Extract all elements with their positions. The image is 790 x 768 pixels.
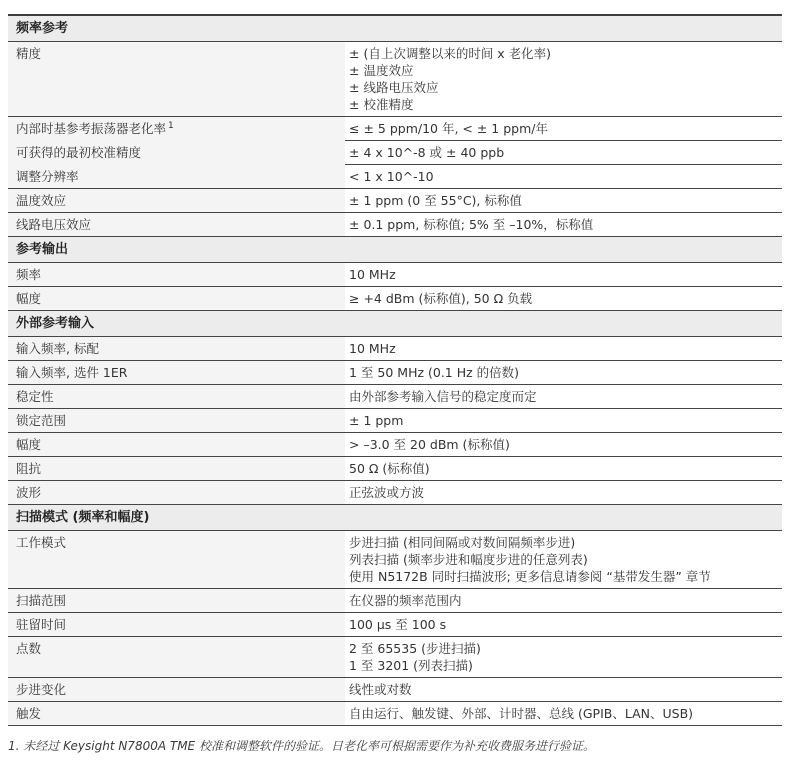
row-value: 1 至 50 MHz (0.1 Hz 的倍数)	[345, 361, 782, 384]
row-impedance: 阻抗 50 Ω (标称值)	[8, 457, 782, 481]
row-temperature-effect: 温度效应 ± 1 ppm (0 至 55°C), 标称值	[8, 189, 782, 213]
row-value: 50 Ω (标称值)	[345, 457, 782, 480]
row-label: 频率	[8, 263, 345, 286]
section-reference-output: 参考输出	[8, 237, 782, 263]
row-frequency: 频率 10 MHz	[8, 263, 782, 287]
footnote: 1. 未经过 Keysight N7800A TME 校准和调整软件的验证。日老…	[8, 738, 782, 754]
row-input-frequency-option-1er: 输入频率, 选件 1ER 1 至 50 MHz (0.1 Hz 的倍数)	[8, 361, 782, 385]
row-value: 线性或对数	[345, 678, 782, 701]
row-line-voltage-effect: 线路电压效应 ± 0.1 ppm, 标称值; 5% 至 –10%，标称值	[8, 213, 782, 237]
row-value: ≤ ± 5 ppm/10 年, < ± 1 ppm/年	[345, 117, 782, 141]
row-label: 工作模式	[8, 531, 345, 588]
row-value: ≥ +4 dBm (标称值), 50 Ω 负载	[345, 287, 782, 310]
row-value: ± 0.1 ppm, 标称值; 5% 至 –10%，标称值	[345, 213, 782, 236]
row-label: 点数	[8, 637, 345, 677]
row-value: ± 1 ppm	[345, 409, 782, 432]
row-label: 幅度	[8, 433, 345, 456]
row-value: 步进扫描 (相同间隔或对数间隔频率步进) 列表扫描 (频率步进和幅度步进的任意列…	[345, 531, 782, 588]
row-label: 输入频率, 标配	[8, 337, 345, 360]
row-value: > –3.0 至 20 dBm (标称值)	[345, 433, 782, 456]
row-value: 10 MHz	[345, 337, 782, 360]
row-label: 幅度	[8, 287, 345, 310]
footnote-ref: 1	[168, 121, 174, 131]
row-label: 调整分辨率	[8, 165, 345, 188]
spec-table: 频率参考 精度 ± (自上次调整以来的时间 x 老化率) ± 温度效应 ± 线路…	[8, 14, 782, 726]
row-amplitude-input: 幅度 > –3.0 至 20 dBm (标称值)	[8, 433, 782, 457]
row-input-frequency-standard: 输入频率, 标配 10 MHz	[8, 337, 782, 361]
row-step-variation: 步进变化 线性或对数	[8, 678, 782, 702]
row-value: ± (自上次调整以来的时间 x 老化率) ± 温度效应 ± 线路电压效应 ± 校…	[345, 42, 782, 116]
row-amplitude-output: 幅度 ≥ +4 dBm (标称值), 50 Ω 负载	[8, 287, 782, 311]
row-value: ± 1 ppm (0 至 55°C), 标称值	[345, 189, 782, 212]
row-sweep-range: 扫描范围 在仪器的频率范围内	[8, 589, 782, 613]
row-value: 由外部参考输入信号的稳定度而定	[345, 385, 782, 408]
row-aging-rate: 内部时基参考振荡器老化率1 ≤ ± 5 ppm/10 年, < ± 1 ppm/…	[8, 117, 782, 141]
row-label: 阻抗	[8, 457, 345, 480]
row-value: 2 至 65535 (步进扫描) 1 至 3201 (列表扫描)	[345, 637, 782, 677]
row-label: 输入频率, 选件 1ER	[8, 361, 345, 384]
row-waveform: 波形 正弦波或方波	[8, 481, 782, 505]
row-label: 精度	[8, 42, 345, 116]
row-adjustment-resolution: 调整分辨率 < 1 x 10^-10	[8, 165, 782, 189]
row-value: 10 MHz	[345, 263, 782, 286]
row-label: 步进变化	[8, 678, 345, 701]
row-label: 波形	[8, 481, 345, 504]
row-label: 温度效应	[8, 189, 345, 212]
section-external-reference-input: 外部参考输入	[8, 311, 782, 337]
row-label: 触发	[8, 702, 345, 725]
row-value: 在仪器的频率范围内	[345, 589, 782, 612]
row-initial-calibration-accuracy: 可获得的最初校准精度 ± 4 x 10^-8 或 ± 40 ppb	[8, 141, 782, 165]
row-value: 自由运行、触发键、外部、计时器、总线 (GPIB、LAN、USB)	[345, 702, 782, 725]
row-accuracy: 精度 ± (自上次调整以来的时间 x 老化率) ± 温度效应 ± 线路电压效应 …	[8, 42, 782, 117]
row-value: < 1 x 10^-10	[345, 165, 782, 188]
row-label: 扫描范围	[8, 589, 345, 612]
row-label: 线路电压效应	[8, 213, 345, 236]
row-points: 点数 2 至 65535 (步进扫描) 1 至 3201 (列表扫描)	[8, 637, 782, 678]
section-sweep-modes: 扫描模式 (频率和幅度)	[8, 505, 782, 531]
row-value: ± 4 x 10^-8 或 ± 40 ppb	[345, 141, 782, 165]
row-label: 锁定范围	[8, 409, 345, 432]
row-label: 稳定性	[8, 385, 345, 408]
row-dwell-time: 驻留时间 100 μs 至 100 s	[8, 613, 782, 637]
row-label: 内部时基参考振荡器老化率1	[8, 117, 345, 141]
section-frequency-reference: 频率参考	[8, 16, 782, 42]
row-label: 驻留时间	[8, 613, 345, 636]
row-value: 正弦波或方波	[345, 481, 782, 504]
row-trigger: 触发 自由运行、触发键、外部、计时器、总线 (GPIB、LAN、USB)	[8, 702, 782, 726]
row-value: 100 μs 至 100 s	[345, 613, 782, 636]
row-lock-range: 锁定范围 ± 1 ppm	[8, 409, 782, 433]
row-operating-modes: 工作模式 步进扫描 (相同间隔或对数间隔频率步进) 列表扫描 (频率步进和幅度步…	[8, 531, 782, 589]
row-stability: 稳定性 由外部参考输入信号的稳定度而定	[8, 385, 782, 409]
row-label: 可获得的最初校准精度	[8, 141, 345, 165]
